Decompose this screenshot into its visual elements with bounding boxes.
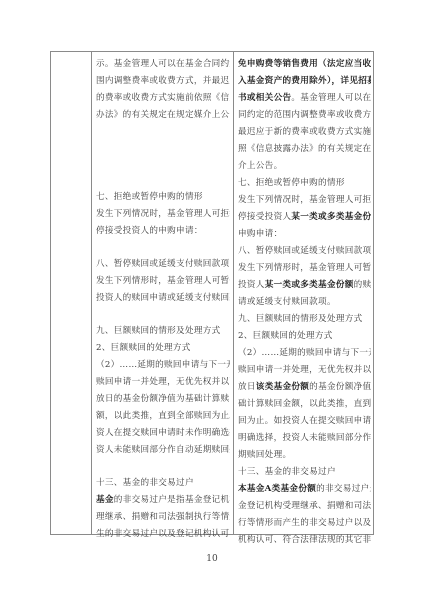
text-line: 本基金A类基金份额的非交易过户是指基 [238, 482, 371, 497]
bold-text-segment: 某一类或多类基金份额 [291, 212, 371, 222]
text-segment: 额，以此类推，直到全部赎回为止。如投 [96, 411, 230, 421]
text-line: 赎回申请一并处理，无优先权并以下一开 [238, 363, 371, 378]
text-segment: 行等情形而产生的非交易过户以及登记 [238, 518, 371, 528]
text-line: 的费率或收费方式实施前依照《信息披露 [96, 91, 230, 106]
text-segment: 七、拒绝或暂停申购的情形 [96, 192, 203, 202]
text-segment: 赎回申请一并处理，无优先权并以下一开 [96, 377, 230, 387]
text-line: 书或相关公告。基金管理人可以在基金合 [238, 91, 371, 106]
text-line: 照《信息披露办法》的有关规定在规定媒 [238, 142, 371, 157]
text-segment: 办法》的有关规定在规定媒介上公告。 [96, 110, 230, 120]
text-line: 请或延缓支付赎回款项。 [238, 295, 371, 310]
text-segment: 十三、基金的非交易过户 [238, 467, 336, 477]
text-line: 赎回申请一并处理，无优先权并以下一开 [96, 375, 230, 390]
text-segment: 同约定的范围内调整费率或收费方式，并 [238, 110, 371, 120]
text-line: 免申购费等销售费用（法定应当收取并计 [238, 57, 371, 72]
text-segment: 围内调整费率或收费方式，并最迟应于新 [96, 76, 230, 86]
text-segment: 的费率或收费方式实施前依照《信息披露 [96, 93, 230, 103]
text-segment: 2、巨额赎回的处理方式 [96, 343, 191, 353]
text-line: 九、巨额赎回的情形及处理方式 [96, 324, 230, 339]
text-line: 申购申请： [238, 227, 371, 242]
text-line: 示。基金管理人可以在基金合同约定的范 [96, 57, 230, 72]
bold-text-segment: 某一类或多类基金份额 [265, 280, 354, 290]
text-line: 放日该类基金份额的基金份额净值为基 [238, 380, 371, 395]
text-segment: 发生下列情况时，基金管理人可拒绝或暂 [96, 209, 230, 219]
text-segment: 赎回申请一并处理，无优先权并以下一开 [238, 365, 371, 375]
text-line: 础计算赎回金额，以此类推，直到全部赎 [238, 397, 371, 412]
text-segment: 发生下列情况时，基金管理人可拒绝或暂 [238, 195, 371, 205]
text-line: 投资人的赎回申请或延缓支付赎回款项。 [96, 291, 230, 306]
bold-text-segment: 书或相关公告 [238, 93, 291, 103]
text-segment: 资人在提交赎回申请时未作明确选择，投 [96, 428, 230, 438]
text-segment: 停接受投资人 [238, 212, 291, 222]
text-segment: 期赎回处理。 [238, 450, 291, 460]
text-line: 发生下列情况时，基金管理人可拒绝或暂 [238, 193, 371, 208]
bold-text-segment: 本基金A类基金份额 [238, 484, 316, 494]
text-segment: 七、拒绝或暂停申购的情形 [238, 178, 345, 188]
text-line: 八、暂停赎回或延缓支付赎回款项的情形 [96, 257, 230, 272]
bold-text-segment: 免申购费等销售费用（法定应当收取并计 [238, 59, 371, 69]
text-segment: 放日的基金份额净值为基础计算赎回金 [96, 394, 230, 404]
original-text-cell: 示。基金管理人可以在基金合同约定的范围内调整费率或收费方式，并最迟应于新的费率或… [92, 52, 233, 534]
text-line: 2、巨额赎回的处理方式 [96, 341, 230, 356]
text-segment: 八、暂停赎回或延缓支付赎回款项的情形 [238, 246, 371, 256]
text-line: 发生下列情况时，基金管理人可拒绝或暂 [96, 207, 230, 222]
text-segment: 资人未能赎回部分作自动延期赎回处理。 [96, 445, 230, 455]
text-segment: 础计算赎回金额，以此类推，直到全部赎 [238, 399, 371, 409]
text-segment: 介上公告。 [238, 161, 282, 171]
text-line: 八、暂停赎回或延缓支付赎回款项的情形 [238, 244, 371, 259]
text-segment: 2、巨额赎回的处理方式 [238, 331, 333, 341]
text-segment: （2）……延期的赎回申请与下一开放日 [238, 348, 371, 358]
text-segment: 发生下列情形时，基金管理人可暂停接受 [96, 276, 230, 286]
text-line: 介上公告。 [238, 159, 371, 174]
text-segment: 投资人的赎回申请或延缓支付赎回款项。 [96, 293, 230, 303]
text-line: 放日的基金份额净值为基础计算赎回金 [96, 392, 230, 407]
text-segment: 发生下列情形时，基金管理人可暂停接受 [238, 263, 371, 273]
text-line: 围内调整费率或收费方式，并最迟应于新 [96, 74, 230, 89]
text-line: 行等情形而产生的非交易过户以及登记 [238, 516, 371, 531]
text-segment: （2）……延期的赎回申请与下一开放日 [96, 360, 230, 370]
text-line: 额，以此类推，直到全部赎回为止。如投 [96, 409, 230, 424]
text-segment: 放日 [238, 382, 256, 392]
text-line: 生的非交易过户以及登记机构认可、符合 [96, 527, 230, 542]
text-line: 期赎回处理。 [238, 448, 371, 463]
text-line: 入基金资产的费用除外），详见招募说明 [238, 74, 371, 89]
text-segment: 回为止。如投资人在提交赎回申请时未作 [238, 416, 371, 426]
text-segment: 投资人 [238, 280, 265, 290]
text-line: 停接受投资人的申购申请： [96, 224, 230, 239]
comparison-table: 示。基金管理人可以在基金合同约定的范围内调整费率或收费方式，并最迟应于新的费率或… [50, 51, 374, 535]
text-line: 停接受投资人某一类或多类基金份额的 [238, 210, 371, 225]
text-line: 机构认可、符合法律法规的其它非交易过 [238, 533, 371, 548]
text-segment: 九、巨额赎回的情形及处理方式 [238, 314, 363, 324]
text-line: 七、拒绝或暂停申购的情形 [238, 176, 371, 191]
text-line: 办法》的有关规定在规定媒介上公告。 [96, 108, 230, 123]
text-line: 理继承、捐赠和司法强制执行等情形而产 [96, 510, 230, 525]
text-line: 同约定的范围内调整费率或收费方式，并 [238, 108, 371, 123]
text-line: （2）……延期的赎回申请与下一开放日 [96, 358, 230, 373]
text-line: 基金的非交易过户是指基金登记机构受 [96, 493, 230, 508]
text-segment: 的非交易过户是指基金登记机构受 [114, 495, 230, 505]
text-segment: 生的非交易过户以及登记机构认可、符合 [96, 529, 230, 539]
text-segment: 。基金管理人可以在基金合 [291, 93, 371, 103]
text-segment: 示。基金管理人可以在基金合同约定的范 [96, 59, 230, 69]
text-line: 最迟应于新的费率或收费方式实施前依 [238, 125, 371, 140]
text-segment: 金登记机构受理继承、捐赠和司法强制执 [238, 501, 371, 511]
text-segment: 停接受投资人的申购申请： [96, 226, 203, 236]
text-segment: 理继承、捐赠和司法强制执行等情形而产 [96, 512, 230, 522]
bold-text-segment: 基金 [96, 495, 114, 505]
text-segment: 明确选择，投资人未能赎回部分作自动延 [238, 433, 371, 443]
text-line: 九、巨额赎回的情形及处理方式 [238, 312, 371, 327]
text-segment: 请或延缓支付赎回款项。 [238, 297, 336, 307]
bold-text-segment: 入基金资产的费用除外），详见招募说明 [238, 76, 371, 86]
text-segment: 机构认可、符合法律法规的其它非交易过 [238, 535, 371, 545]
page-number: 10 [0, 554, 424, 564]
text-line: 发生下列情形时，基金管理人可暂停接受 [96, 274, 230, 289]
text-line: 2、巨额赎回的处理方式 [238, 329, 371, 344]
bold-text-segment: 该类基金份额 [256, 382, 309, 392]
text-line: 七、拒绝或暂停申购的情形 [96, 190, 230, 205]
text-line: 十三、基金的非交易过户 [238, 465, 371, 480]
text-line: 明确选择，投资人未能赎回部分作自动延 [238, 431, 371, 446]
text-line: 投资人某一类或多类基金份额的赎回申 [238, 278, 371, 293]
text-segment: 的非交易过户是指基 [316, 484, 371, 494]
text-segment: 的赎回申 [354, 280, 371, 290]
text-line: 回为止。如投资人在提交赎回申请时未作 [238, 414, 371, 429]
text-segment: 九、巨额赎回的情形及处理方式 [96, 326, 221, 336]
text-line: 金登记机构受理继承、捐赠和司法强制执 [238, 499, 371, 514]
text-line: 资人未能赎回部分作自动延期赎回处理。 [96, 443, 230, 458]
text-segment: 八、暂停赎回或延缓支付赎回款项的情形 [96, 259, 230, 269]
text-line: 资人在提交赎回申请时未作明确选择，投 [96, 426, 230, 441]
text-segment: 照《信息披露办法》的有关规定在规定媒 [238, 144, 371, 154]
revised-text-cell: 免申购费等销售费用（法定应当收取并计入基金资产的费用除外），详见招募说明书或相关… [234, 52, 374, 534]
text-line: 十三、基金的非交易过户 [96, 476, 230, 491]
document-page: 示。基金管理人可以在基金合同约定的范围内调整费率或收费方式，并最迟应于新的费率或… [0, 0, 424, 600]
text-line: （2）……延期的赎回申请与下一开放日 [238, 346, 371, 361]
text-segment: 最迟应于新的费率或收费方式实施前依 [238, 127, 371, 137]
text-segment: 十三、基金的非交易过户 [96, 478, 194, 488]
text-segment: 申购申请： [238, 229, 282, 239]
text-segment: 的基金份额净值为基 [309, 382, 371, 392]
text-line: 发生下列情形时，基金管理人可暂停接受 [238, 261, 371, 276]
